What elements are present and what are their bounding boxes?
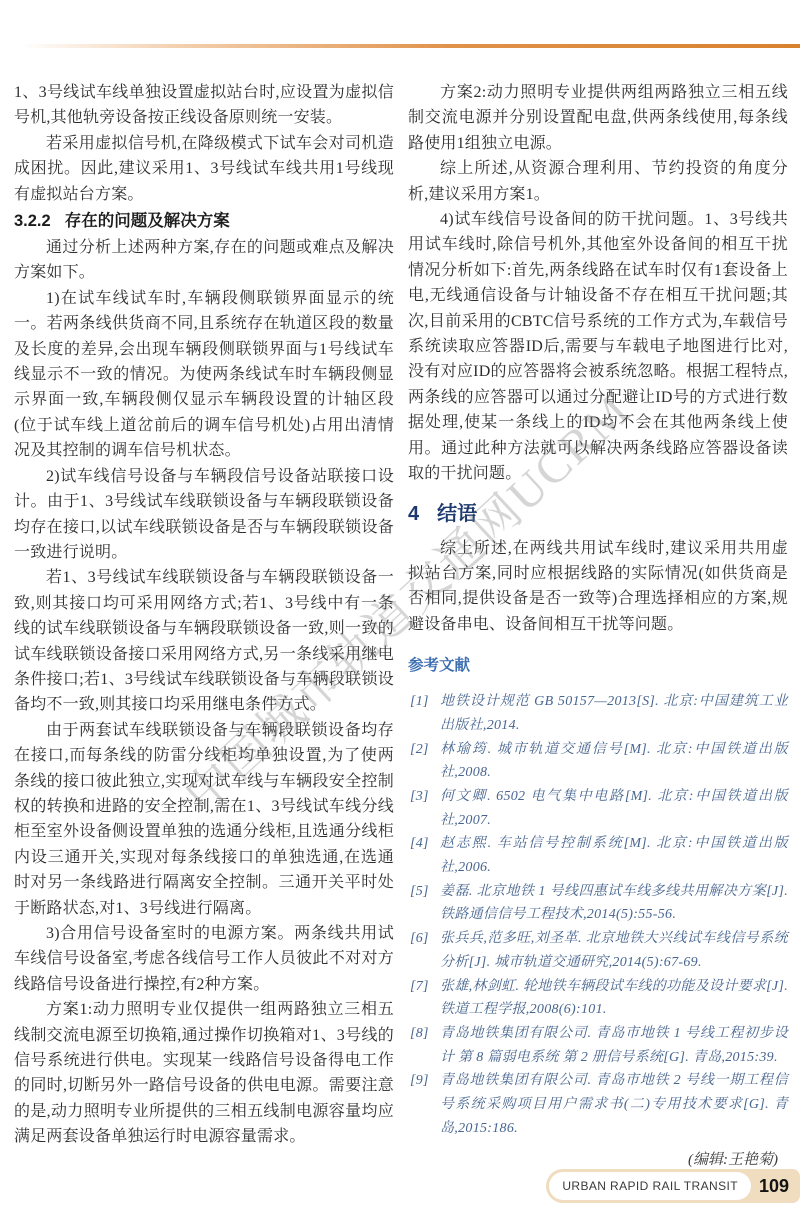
section-heading-conclusion: 4结语 [408,500,788,528]
reference-text: 张雄,林剑虹. 轮地铁车辆段试车线的功能及设计要求[J]. 铁道工程学报,200… [440,979,788,1018]
section-number: 3.2.2 [14,212,51,230]
reference-text: 青岛地铁集团有限公司. 青岛市地铁 1 号线工程初步设计 第 8 篇弱电系统 第… [440,1026,788,1065]
section-number: 4 [408,503,419,525]
reference-item: [2]林瑜筠. 城市轨道交通信号[M]. 北京:中国铁道出版社,2008. [408,738,788,785]
reference-text: 林瑜筠. 城市轨道交通信号[M]. 北京:中国铁道出版社,2008. [440,742,788,781]
paragraph: 1)在试车线试车时,车辆段侧联锁界面显示的统一。若两条线供货商不同,且系统存在轨… [14,286,394,464]
paragraph: 2)试车线信号设备与车辆段信号设备站联接口设计。由于1、3号线试车线联锁设备与车… [14,464,394,566]
paragraph: 若采用虚拟信号机,在降级模式下试车会对司机造成困扰。因此,建议采用1、3号线试车… [14,131,394,207]
reference-text: 张兵兵,范多旺,刘圣革. 北京地铁大兴线试车线信号系统分析[J]. 城市轨道交通… [440,931,788,970]
left-column: 1、3号线试车线单独设置虚拟站台时,应设置为虚拟信号机,其他轨旁设备按正线设备原… [14,80,394,1169]
reference-text: 青岛地铁集团有限公司. 青岛市地铁 2 号线一期工程信号系统采购项目用户需求书(… [440,1073,788,1135]
paragraph: 若1、3号线试车线联锁设备与车辆段联锁设备一致,则其接口均可采用网络方式;若1、… [14,565,394,717]
header-divider-rule [20,44,800,48]
two-column-body: 1、3号线试车线单独设置虚拟站台时,应设置为虚拟信号机,其他轨旁设备按正线设备原… [14,80,788,1169]
page-number: 109 [751,1176,800,1197]
references-heading: 参考文献 [408,655,788,677]
reference-item: [9]青岛地铁集团有限公司. 青岛市地铁 2 号线一期工程信号系统采购项目用户需… [408,1069,788,1140]
paragraph: 综上所述,从资源合理利用、节约投资的角度分析,建议采用方案1。 [408,156,788,207]
reference-item: [1]地铁设计规范 GB 50157—2013[S]. 北京:中国建筑工业出版社… [408,690,788,737]
reference-item: [4]赵志熙. 车站信号控制系统[M]. 北京:中国铁道出版社,2006. [408,832,788,879]
footer-badge: URBAN RAPID RAIL TRANSIT 109 [546,1169,800,1203]
reference-number: [3] [410,785,429,809]
paragraph: 3)合用信号设备室时的电源方案。两条线共用试车线信号设备室,考虑各线信号工作人员… [14,921,394,997]
reference-number: [7] [410,975,429,999]
reference-number: [8] [410,1022,429,1046]
reference-text: 赵志熙. 车站信号控制系统[M]. 北京:中国铁道出版社,2006. [440,836,788,875]
reference-item: [8]青岛地铁集团有限公司. 青岛市地铁 1 号线工程初步设计 第 8 篇弱电系… [408,1022,788,1069]
reference-text: 姜磊. 北京地铁 1 号线四惠试车线多线共用解决方案[J]. 铁路通信信号工程技… [440,884,788,923]
reference-number: [9] [410,1069,429,1093]
reference-item: [6]张兵兵,范多旺,刘圣革. 北京地铁大兴线试车线信号系统分析[J]. 城市轨… [408,927,788,974]
reference-number: [4] [410,832,429,856]
references-list: [1]地铁设计规范 GB 50157—2013[S]. 北京:中国建筑工业出版社… [408,690,788,1140]
right-column: 方案2:动力照明专业提供两组两路独立三相五线制交流电源并分别设置配电盘,供两条线… [408,80,788,1169]
reference-number: [6] [410,927,429,951]
reference-item: [5]姜磊. 北京地铁 1 号线四惠试车线多线共用解决方案[J]. 铁路通信信号… [408,880,788,927]
reference-item: [3]何文卿. 6502 电气集中电路[M]. 北京:中国铁道出版社,2007. [408,785,788,832]
editor-note: (编辑:王艳菊) [408,1148,778,1169]
reference-item: [7]张雄,林剑虹. 轮地铁车辆段试车线的功能及设计要求[J]. 铁道工程学报,… [408,975,788,1022]
reference-text: 地铁设计规范 GB 50157—2013[S]. 北京:中国建筑工业出版社,20… [440,694,788,733]
section-title: 存在的问题及解决方案 [65,212,230,230]
conclusion-paragraph: 综上所述,在两线共用试车线时,建议采用共用虚拟站台方案,同时应根据线路的实际情况… [408,536,788,638]
section-title: 结语 [437,503,477,525]
reference-number: [2] [410,738,429,762]
paragraph: 4)试车线信号设备间的防干扰问题。1、3号线共用试车线时,除信号机外,其他室外设… [408,207,788,486]
paragraph: 由于两套试车线联锁设备与车辆段联锁设备均存在接口,而每条线的防雷分线柜均单独设置… [14,718,394,921]
reference-number: [5] [410,880,429,904]
paragraph: 方案1:动力照明专业仅提供一组两路独立三相五线制交流电源至切换箱,通过操作切换箱… [14,997,394,1149]
paragraph: 通过分析上述两种方案,存在的问题或难点及解决方案如下。 [14,235,394,286]
paragraph: 方案2:动力照明专业提供两组两路独立三相五线制交流电源并分别设置配电盘,供两条线… [408,80,788,156]
paper-page: 1、3号线试车线单独设置虚拟站台时,应设置为虚拟信号机,其他轨旁设备按正线设备原… [0,0,800,1215]
reference-text: 何文卿. 6502 电气集中电路[M]. 北京:中国铁道出版社,2007. [440,789,788,828]
journal-name: URBAN RAPID RAIL TRANSIT [549,1172,751,1200]
section-heading-3-2-2: 3.2.2存在的问题及解决方案 [14,208,394,234]
reference-number: [1] [410,690,429,714]
paragraph: 1、3号线试车线单独设置虚拟站台时,应设置为虚拟信号机,其他轨旁设备按正线设备原… [14,80,394,131]
